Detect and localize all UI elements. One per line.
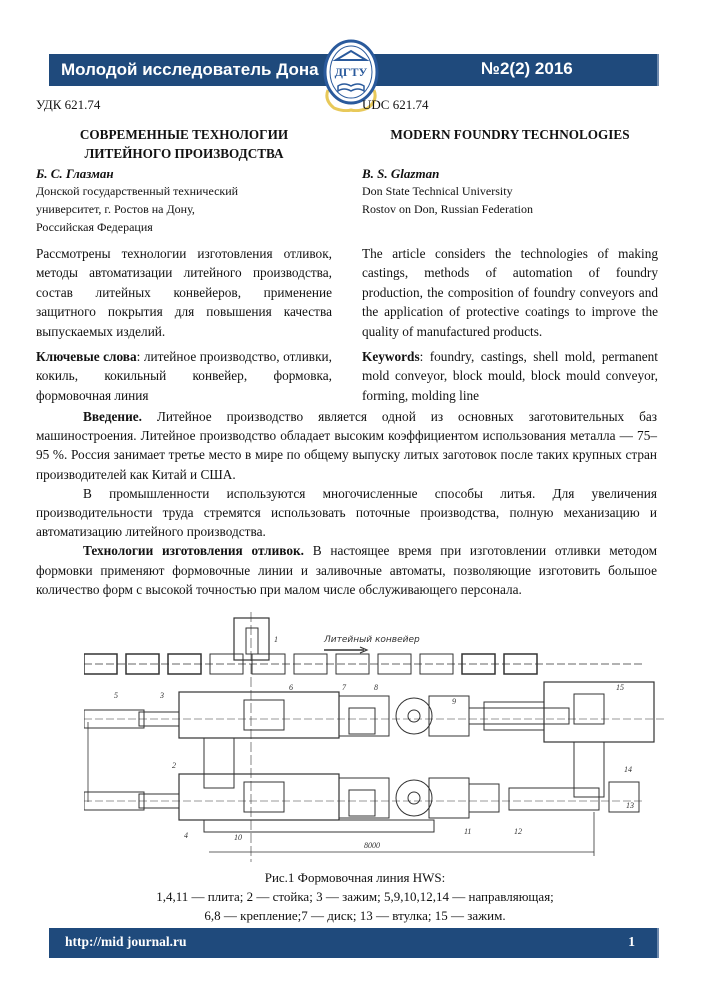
svg-text:5: 5 bbox=[114, 691, 118, 700]
svg-text:8: 8 bbox=[374, 683, 378, 692]
article-body: Введение. Литейное производство является… bbox=[36, 407, 657, 599]
udc-en: UDC 621.74 bbox=[362, 97, 428, 113]
svg-text:14: 14 bbox=[624, 765, 632, 774]
keywords-en: Keywords: foundry, castings, shell mold,… bbox=[362, 347, 658, 405]
molding-line-drawing: Литейный конвейер 1 bbox=[84, 612, 664, 862]
udk-ru: УДК 621.74 bbox=[36, 97, 100, 113]
svg-text:12: 12 bbox=[514, 827, 522, 836]
affiliation-en: Don State Technical University Rostov on… bbox=[362, 182, 533, 218]
svg-text:15: 15 bbox=[616, 683, 624, 692]
abstract-ru: Рассмотрены технологии изготовления отли… bbox=[36, 244, 332, 341]
svg-text:6: 6 bbox=[289, 683, 293, 692]
svg-text:8000: 8000 bbox=[364, 841, 380, 850]
figure-caption: Рис.1 Формовочная линия HWS: 1,4,11 — пл… bbox=[60, 868, 650, 925]
svg-text:Литейный конвейер: Литейный конвейер bbox=[323, 635, 420, 645]
svg-text:ДГТУ: ДГТУ bbox=[335, 65, 368, 79]
svg-text:13: 13 bbox=[626, 801, 634, 810]
affiliation-ru: Донской государственный технический унив… bbox=[36, 182, 238, 236]
abstract-en: The article considers the technologies o… bbox=[362, 244, 658, 341]
svg-text:1: 1 bbox=[274, 635, 278, 644]
footer-bar: http://mid journal.ru 1 bbox=[49, 928, 659, 958]
paragraph-technologies: Технологии изготовления отливок. В насто… bbox=[36, 541, 657, 599]
title-ru: СОВРЕМЕННЫЕ ТЕХНОЛОГИИ ЛИТЕЙНОГО ПРОИЗВО… bbox=[36, 125, 332, 163]
svg-text:9: 9 bbox=[452, 697, 456, 706]
paragraph-methods: В промышленности используются многочисле… bbox=[36, 484, 657, 542]
svg-text:7: 7 bbox=[342, 683, 347, 692]
page-number: 1 bbox=[628, 934, 635, 950]
svg-text:11: 11 bbox=[464, 827, 471, 836]
svg-text:2: 2 bbox=[172, 761, 176, 770]
paragraph-introduction: Введение. Литейное производство является… bbox=[36, 407, 657, 484]
author-ru: Б. С. Глазман bbox=[36, 166, 114, 182]
keywords-ru: Ключевые слова: литейное производство, о… bbox=[36, 347, 332, 405]
svg-text:4: 4 bbox=[184, 831, 188, 840]
svg-text:10: 10 bbox=[234, 833, 242, 842]
author-en: B. S. Glazman bbox=[362, 166, 439, 182]
issue-number: №2(2) 2016 bbox=[481, 59, 573, 79]
journal-url[interactable]: http://mid journal.ru bbox=[65, 934, 187, 950]
svg-text:3: 3 bbox=[159, 691, 164, 700]
journal-title: Молодой исследователь Дона bbox=[61, 60, 319, 80]
title-en: MODERN FOUNDRY TECHNOLOGIES bbox=[362, 125, 658, 144]
